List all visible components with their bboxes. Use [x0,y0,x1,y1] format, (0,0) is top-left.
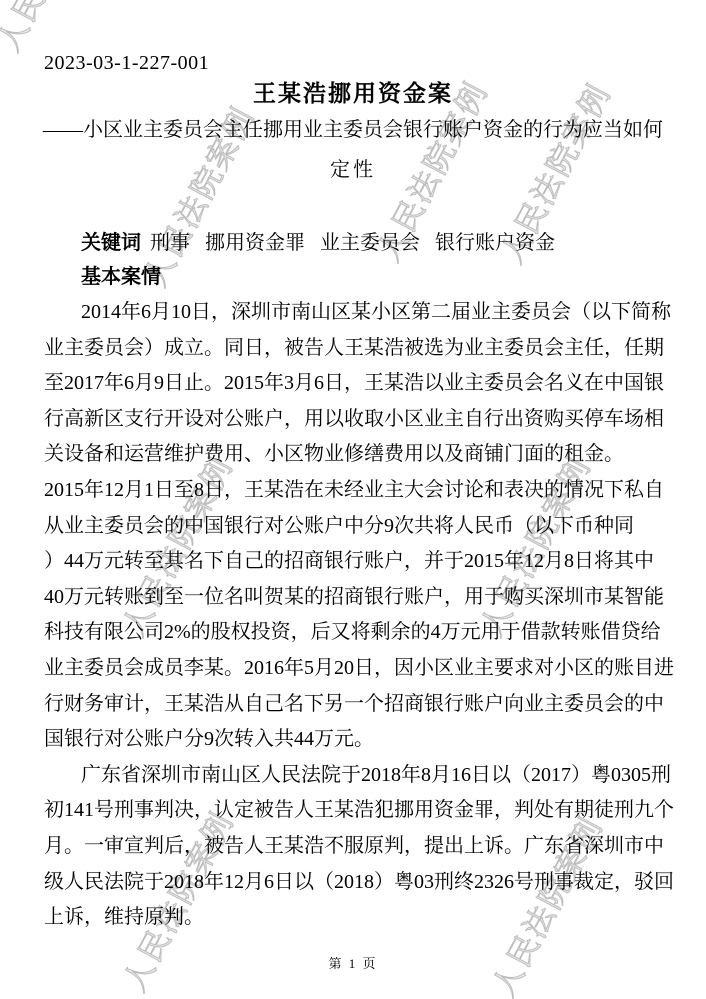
body-line: 级人民法院于2018年12月6日以（2018）粤03刑终2326号刑事裁定，驳回 [44,865,678,901]
document-content: 2023-03-1-227-001 王某浩挪用资金案 ——小区业主委员会主任挪用… [0,0,706,999]
body-text: 2014年6月10日，深圳市南山区某小区第二届业主委员会（以下简称业主委员会）成… [44,295,678,936]
body-line: 从业主委员会的中国银行对公账户中分9次共将人民币（以下币种同 [44,509,678,545]
body-line: 2015年12月1日至8日，王某浩在未经业主大会讨论和表决的情况下私自 [44,473,678,509]
keywords-label: 关键词 [81,232,141,254]
subtitle-line1: ——小区业主委员会主任挪用业主委员会银行账户资金的行为应当如何 [0,118,706,142]
case-number: 2023-03-1-227-001 [44,52,209,74]
document-title: 王某浩挪用资金案 [0,81,706,106]
body-line: 月。一审宣判后，被告人王某浩不服原判，提出上诉。广东省深圳市中 [44,829,678,865]
subtitle-line2: 定性 [0,158,706,182]
body-line: 科技有限公司2%的股权投资，后又将剩余的4万元用于借款转账借贷给 [44,615,678,651]
keywords-items: 刑事挪用资金罪业主委员会银行账户资金 [150,232,555,254]
keyword-item: 业主委员会 [320,232,420,254]
body-line: 40万元转账到至一位名叫贺某的招商银行账户，用于购买深圳市某智能 [44,580,678,616]
body-line: 行高新区支行开设对公账户，用以收取小区业主自行出资购买停车场相 [44,402,678,438]
body-line: 初141号刑事判决，认定被告人王某浩犯挪用资金罪，判处有期徒刑九个 [44,793,678,829]
page-number-label: 第 1 页 [328,956,377,971]
page-footer: 第 1 页 [0,953,706,972]
body-line: 业主委员会）成立。同日，被告人王某浩被选为业主委员会主任，任期 [44,331,678,367]
keyword-item: 挪用资金罪 [205,232,305,254]
document-page: 人民法院案例人民法院案例人民法院案例人民法院案例人民法院案例人民法院案例人民法院… [0,0,706,999]
body-line: 上诉，维持原判。 [44,900,678,936]
keyword-item: 刑事 [150,232,190,254]
body-line: 关设备和运营维护费用、小区物业修缮费用以及商铺门面的租金。 [44,437,678,473]
body-line: 至2017年6月9日止。2015年3月6日，王某浩以业主委员会名义在中国银 [44,366,678,402]
keywords-line: 关键词刑事挪用资金罪业主委员会银行账户资金 [81,231,555,255]
body-line: ）44万元转至其名下自己的招商银行账户，并于2015年12月8日将其中 [44,544,678,580]
body-line: 广东省深圳市南山区人民法院于2018年8月16日以（2017）粤0305刑 [44,758,678,794]
keyword-item: 银行账户资金 [435,232,555,254]
body-line: 行财务审计，王某浩从自己名下另一个招商银行账户向业主委员会的中 [44,687,678,723]
section-heading-basic-facts: 基本案情 [81,265,161,289]
body-line: 2014年6月10日，深圳市南山区某小区第二届业主委员会（以下简称 [44,295,678,331]
body-line: 国银行对公账户分9次转入共44万元。 [44,722,678,758]
body-line: 业主委员会成员李某。2016年5月20日，因小区业主要求对小区的账目进 [44,651,678,687]
